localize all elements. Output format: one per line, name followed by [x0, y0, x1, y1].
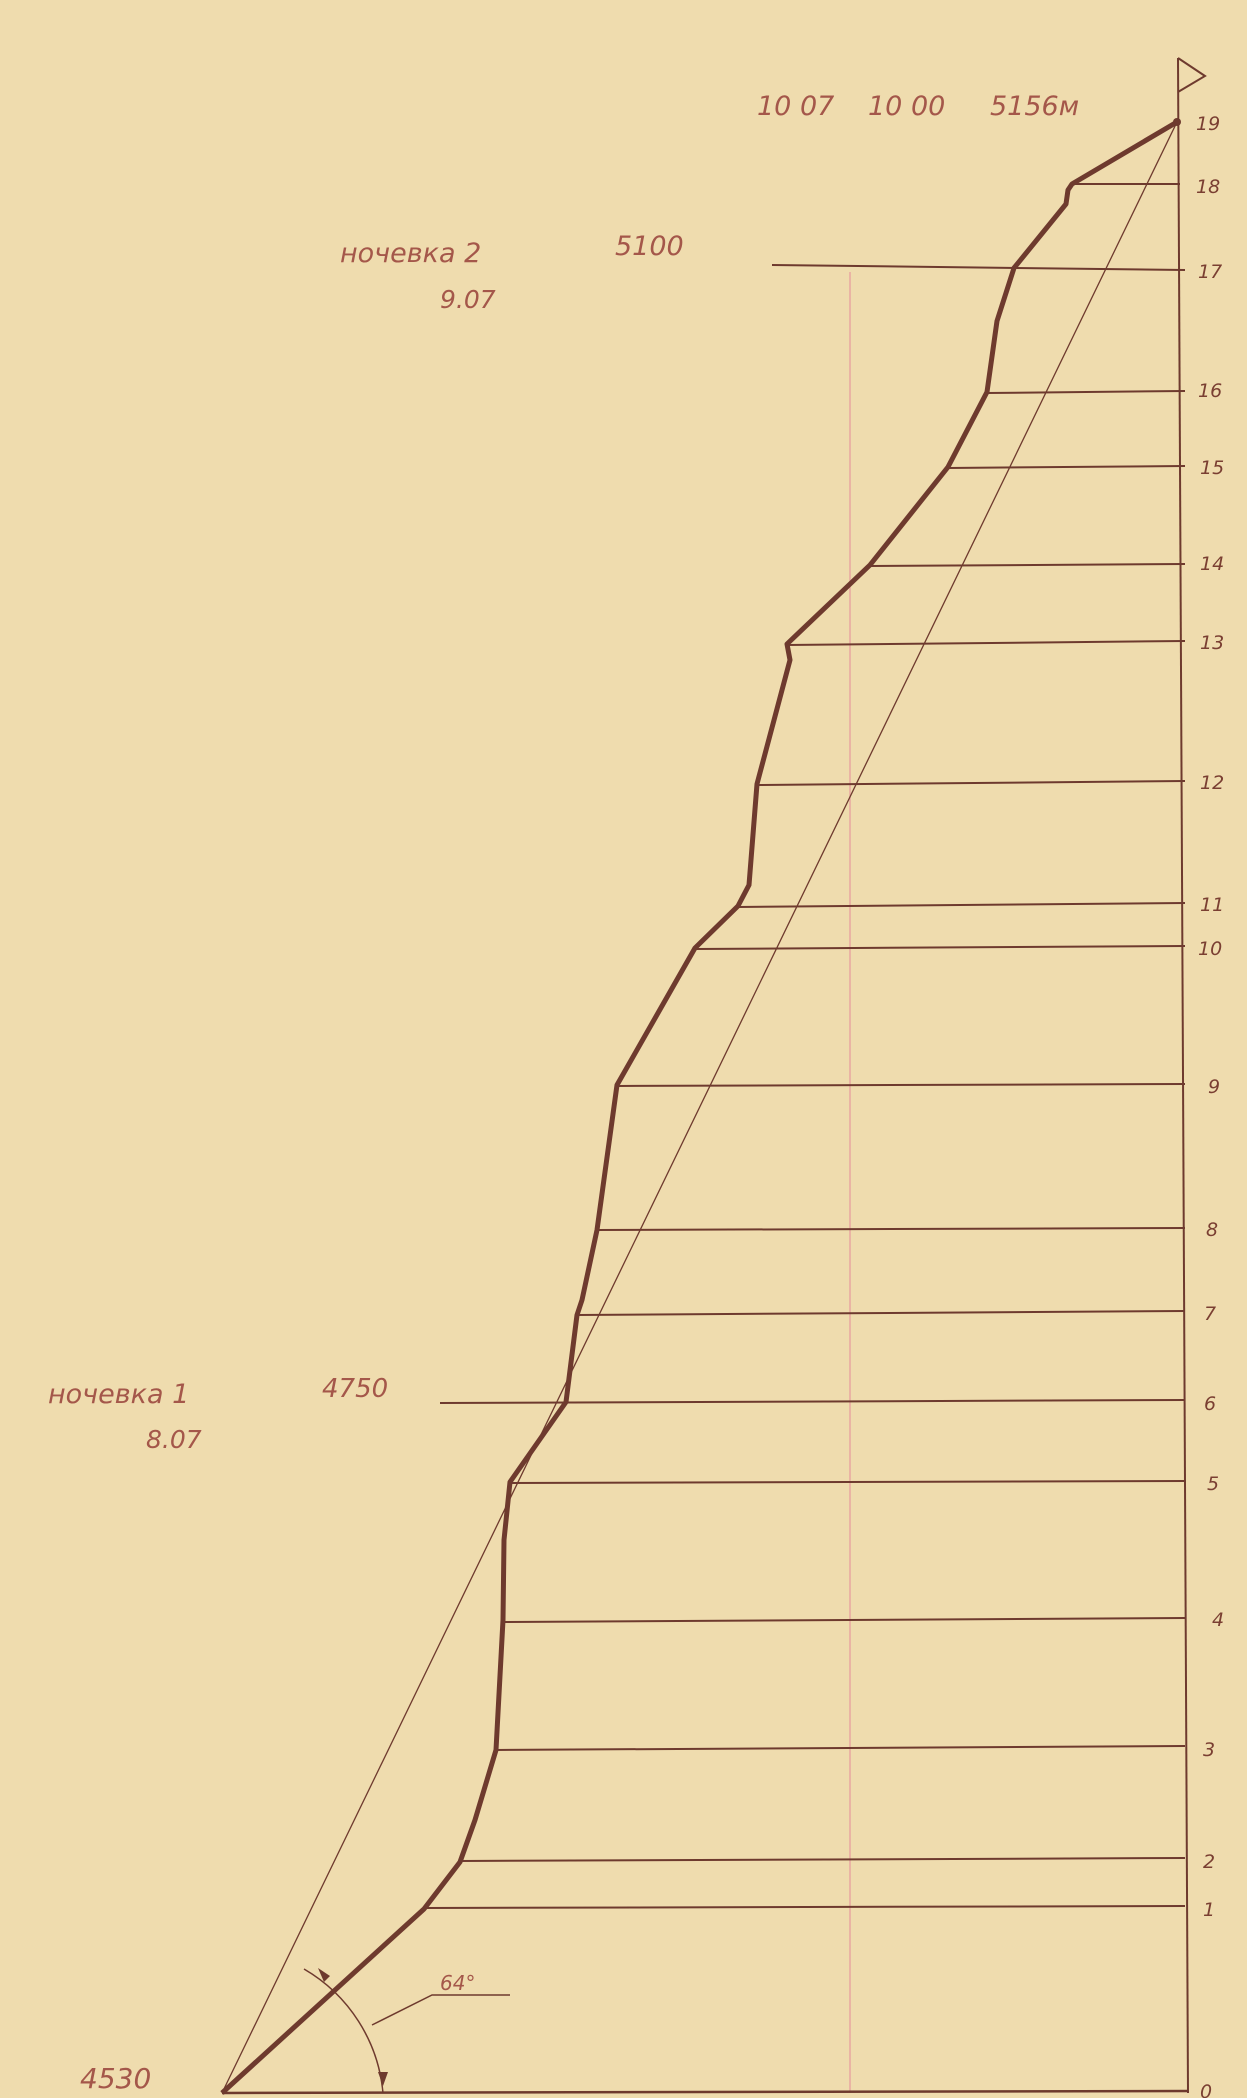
- bivouac-2-altitude: 5100: [615, 231, 684, 262]
- route-profile-diagram: 64° 10 07 10 00 5156м ночевка 2 5100 9.0…: [0, 0, 1247, 2098]
- bivouac-1-label: ночевка 1: [48, 1379, 189, 1410]
- svg-text:4: 4: [1212, 1609, 1224, 1631]
- base-line: [222, 2091, 1188, 2093]
- bivouac-2-date: 9.07: [440, 285, 496, 314]
- svg-text:3: 3: [1203, 1739, 1215, 1761]
- svg-text:5: 5: [1207, 1473, 1219, 1495]
- summit-flag-icon: [1178, 58, 1205, 92]
- svg-text:10: 10: [1198, 938, 1222, 960]
- angle-label: 64°: [440, 1971, 475, 1995]
- summit-time: 10 00: [868, 91, 945, 122]
- svg-text:9: 9: [1208, 1076, 1220, 1098]
- svg-text:7: 7: [1204, 1303, 1216, 1325]
- svg-text:1: 1: [1203, 1899, 1215, 1921]
- bivouac-1-date: 8.07: [146, 1425, 202, 1454]
- svg-text:19: 19: [1196, 113, 1220, 135]
- svg-text:6: 6: [1204, 1393, 1216, 1415]
- summit-point: [1173, 118, 1181, 126]
- svg-text:14: 14: [1200, 553, 1224, 575]
- bivouac-2-label: ночевка 2: [340, 238, 481, 269]
- svg-text:18: 18: [1196, 176, 1220, 198]
- pitch-lines: [424, 184, 1185, 1908]
- svg-text:15: 15: [1200, 457, 1224, 479]
- average-slope-line: [222, 122, 1177, 2093]
- svg-text:8: 8: [1206, 1219, 1218, 1241]
- svg-text:0: 0: [1200, 2081, 1212, 2098]
- summit-altitude: 5156м: [990, 91, 1079, 122]
- pitch-number-labels: 0 1 2 3 4 5 6 7 8 9 10 11 12 13 14 15 16…: [1196, 113, 1224, 2098]
- base-altitude: 4530: [80, 2062, 151, 2095]
- altitude-axis: [1178, 58, 1188, 2093]
- svg-text:2: 2: [1203, 1851, 1215, 1873]
- angle-leader: [372, 1995, 510, 2025]
- svg-text:16: 16: [1198, 380, 1222, 402]
- svg-text:12: 12: [1200, 772, 1224, 794]
- svg-text:13: 13: [1200, 632, 1224, 654]
- svg-text:17: 17: [1198, 261, 1222, 283]
- angle-arc: [304, 1969, 383, 2093]
- bivouac-1-altitude: 4750: [322, 1374, 388, 1404]
- summit-date: 10 07: [757, 91, 834, 122]
- svg-text:11: 11: [1200, 894, 1224, 916]
- arc-arrow-bottom-icon: [378, 2072, 388, 2086]
